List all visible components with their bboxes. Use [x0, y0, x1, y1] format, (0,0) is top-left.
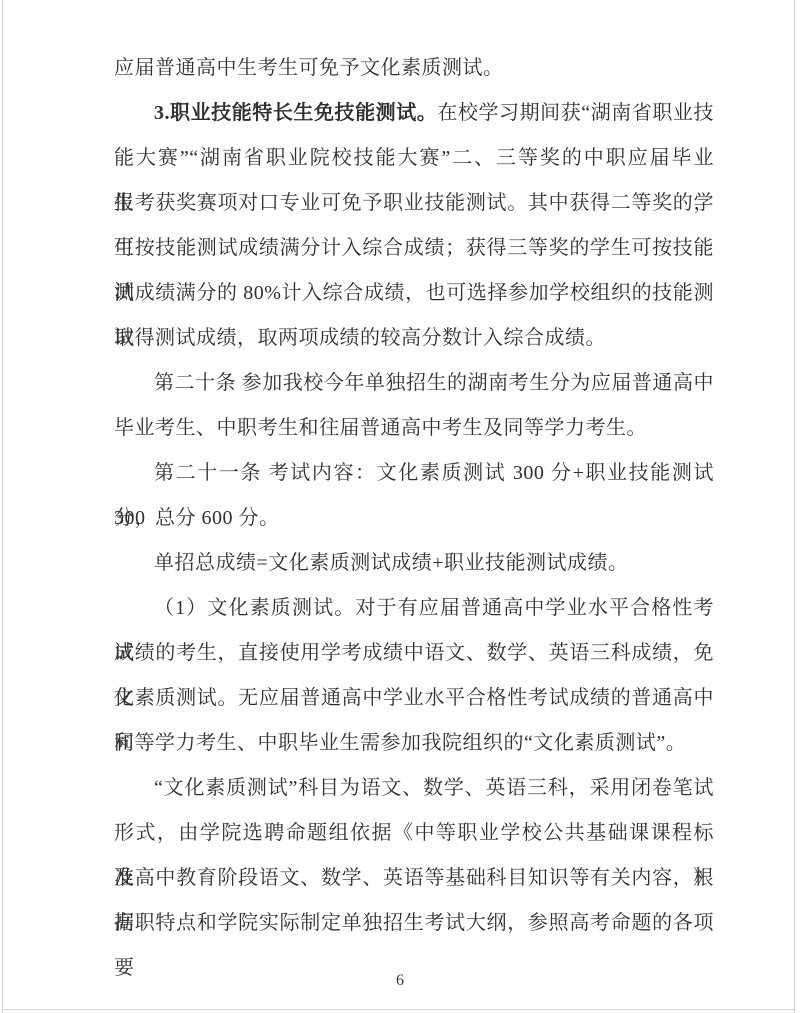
page-border-right [794, 0, 795, 1013]
text-line: 报考获奖赛项对口专业可免予职业技能测试。其中获得二等奖的学生 [114, 181, 714, 226]
text-line: 应届普通高中生考生可免予文化素质测试。 [114, 46, 714, 91]
text-segment: 毕业考生、中职考生和往届普通高中考生及同等学力考生。 [114, 417, 647, 439]
text-line: 化素质测试。无应届普通高中学业水平合格性考试成绩的普通高中和 [114, 676, 714, 721]
document-page: 应届普通高中生考生可免予文化素质测试。3.职业技能特长生免技能测试。在校学习期间… [0, 0, 800, 1013]
text-line: 及高中教育阶段语文、数学、英语等基础科目知识等有关内容，根据 [114, 856, 714, 901]
text-line: 能大赛”“湖南省职业院校技能大赛”二、三等奖的中职应届毕业生， [114, 136, 714, 181]
text-segment: “文化素质测试”科目为语文、数学、英语三科，采用闭卷笔试 [154, 777, 714, 799]
text-line: （1）文化素质测试。对于有应届普通高中学业水平合格性考试 [114, 586, 714, 631]
page-border-left [2, 0, 3, 1013]
text-segment: 单招总成绩=文化素质测试成绩+职业技能测试成绩。 [154, 552, 629, 574]
text-line: 成绩的考生，直接使用学考成绩中语文、数学、英语三科成绩，免文 [114, 631, 714, 676]
text-segment: 取得测试成绩，取两项成绩的较高分数计入综合成绩。 [114, 327, 606, 349]
text-line: 高职特点和学院实际制定单独招生考试大纲，参照高考命题的各项要 [114, 901, 714, 946]
document-body: 应届普通高中生考生可免予文化素质测试。3.职业技能特长生免技能测试。在校学习期间… [114, 46, 714, 946]
text-line: 可按技能测试成绩满分计入综合成绩；获得三等奖的学生可按技能测 [114, 226, 714, 271]
text-segment: 应届普通高中生考生可免予文化素质测试。 [114, 57, 504, 79]
text-segment: 第二十条 参加我校今年单独招生的湖南考生分为应届普通高中 [154, 372, 714, 394]
text-line: 试成绩满分的 80%计入综合成绩，也可选择参加学校组织的技能测试 [114, 271, 714, 316]
text-segment: 同等学力考生、中职毕业生需参加我院组织的“文化素质测试”。 [114, 732, 686, 754]
text-line: 单招总成绩=文化素质测试成绩+职业技能测试成绩。 [114, 541, 714, 586]
text-segment: 在校学习期间获“湖南省职业技 [437, 102, 714, 124]
text-line: 分，总分 600 分。 [114, 496, 714, 541]
text-line: 毕业考生、中职考生和往届普通高中考生及同等学力考生。 [114, 406, 714, 451]
text-line: “文化素质测试”科目为语文、数学、英语三科，采用闭卷笔试 [114, 766, 714, 811]
text-line: 形式，由学院选聘命题组依据《中等职业学校公共基础课课程标准》 [114, 811, 714, 856]
text-line: 第二十一条 考试内容：文化素质测试 300 分+职业技能测试 300 [114, 451, 714, 496]
text-segment: 分，总分 600 分。 [114, 507, 280, 529]
text-line: 3.职业技能特长生免技能测试。在校学习期间获“湖南省职业技 [114, 91, 714, 136]
page-border-bottom [2, 1009, 795, 1010]
text-line: 同等学力考生、中职毕业生需参加我院组织的“文化素质测试”。 [114, 721, 714, 766]
text-line: 第二十条 参加我校今年单独招生的湖南考生分为应届普通高中 [114, 361, 714, 406]
text-segment: 高职特点和学院实际制定单独招生考试大纲，参照高考命题的各项要 [114, 912, 714, 979]
text-segment-bold: 3.职业技能特长生免技能测试。 [154, 102, 437, 124]
text-line: 取得测试成绩，取两项成绩的较高分数计入综合成绩。 [114, 316, 714, 361]
page-number: 6 [0, 971, 800, 991]
